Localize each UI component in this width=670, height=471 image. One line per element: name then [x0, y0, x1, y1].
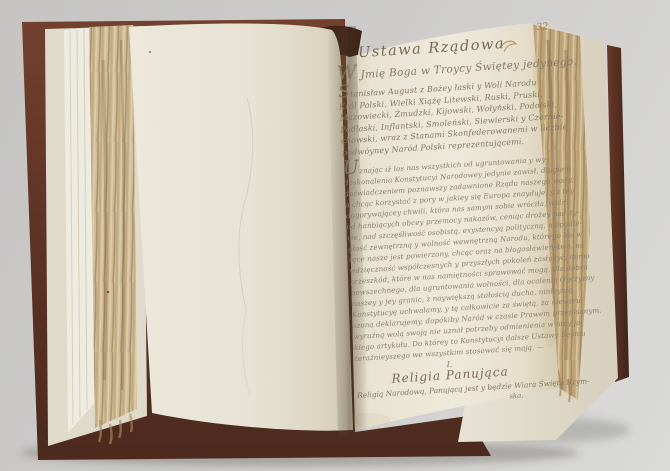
- right-page: [339, 23, 559, 431]
- book-artwork: [0, 0, 670, 471]
- left-page: [129, 24, 353, 431]
- photo-of-open-manuscript-book: 32 Ustawa Rządowa W Jmię Boga w Troycy Ś…: [0, 0, 670, 471]
- left-flyleaf-stack: [64, 28, 94, 433]
- left-fore-edge: [89, 25, 137, 444]
